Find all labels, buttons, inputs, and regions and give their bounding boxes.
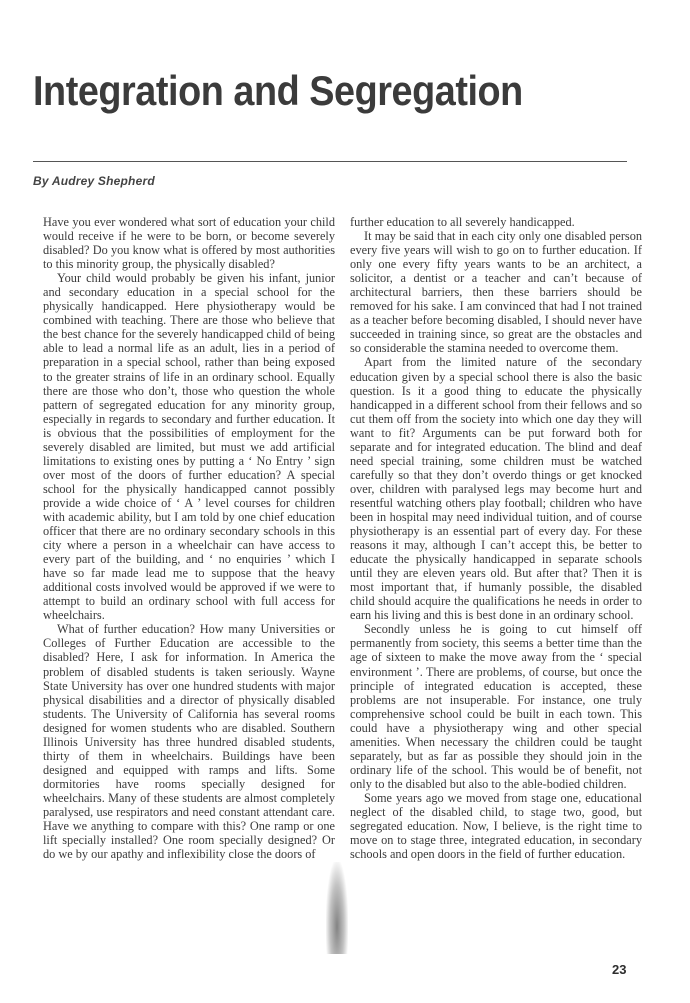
- paragraph: Apart from the limited nature of the sec…: [350, 355, 642, 622]
- left-column: Have you ever wondered what sort of educ…: [43, 215, 335, 861]
- scan-smudge: [326, 862, 348, 954]
- paragraph: Have you ever wondered what sort of educ…: [43, 215, 335, 271]
- right-column: further education to all severely handic…: [350, 215, 642, 861]
- byline: By Audrey Shepherd: [33, 174, 155, 188]
- paragraph: Your child would probably be given his i…: [43, 271, 335, 622]
- paragraph: Secondly unless he is going to cut himse…: [350, 622, 642, 791]
- paragraph-continuation: further education to all severely handic…: [350, 215, 642, 229]
- article-title: Integration and Segregation: [33, 70, 523, 112]
- paragraph: It may be said that in each city only on…: [350, 229, 642, 355]
- title-divider: [33, 161, 627, 162]
- paragraph: Some years ago we moved from stage one, …: [350, 791, 642, 861]
- page-number: 23: [612, 962, 626, 977]
- paragraph: What of further education? How many Univ…: [43, 622, 335, 861]
